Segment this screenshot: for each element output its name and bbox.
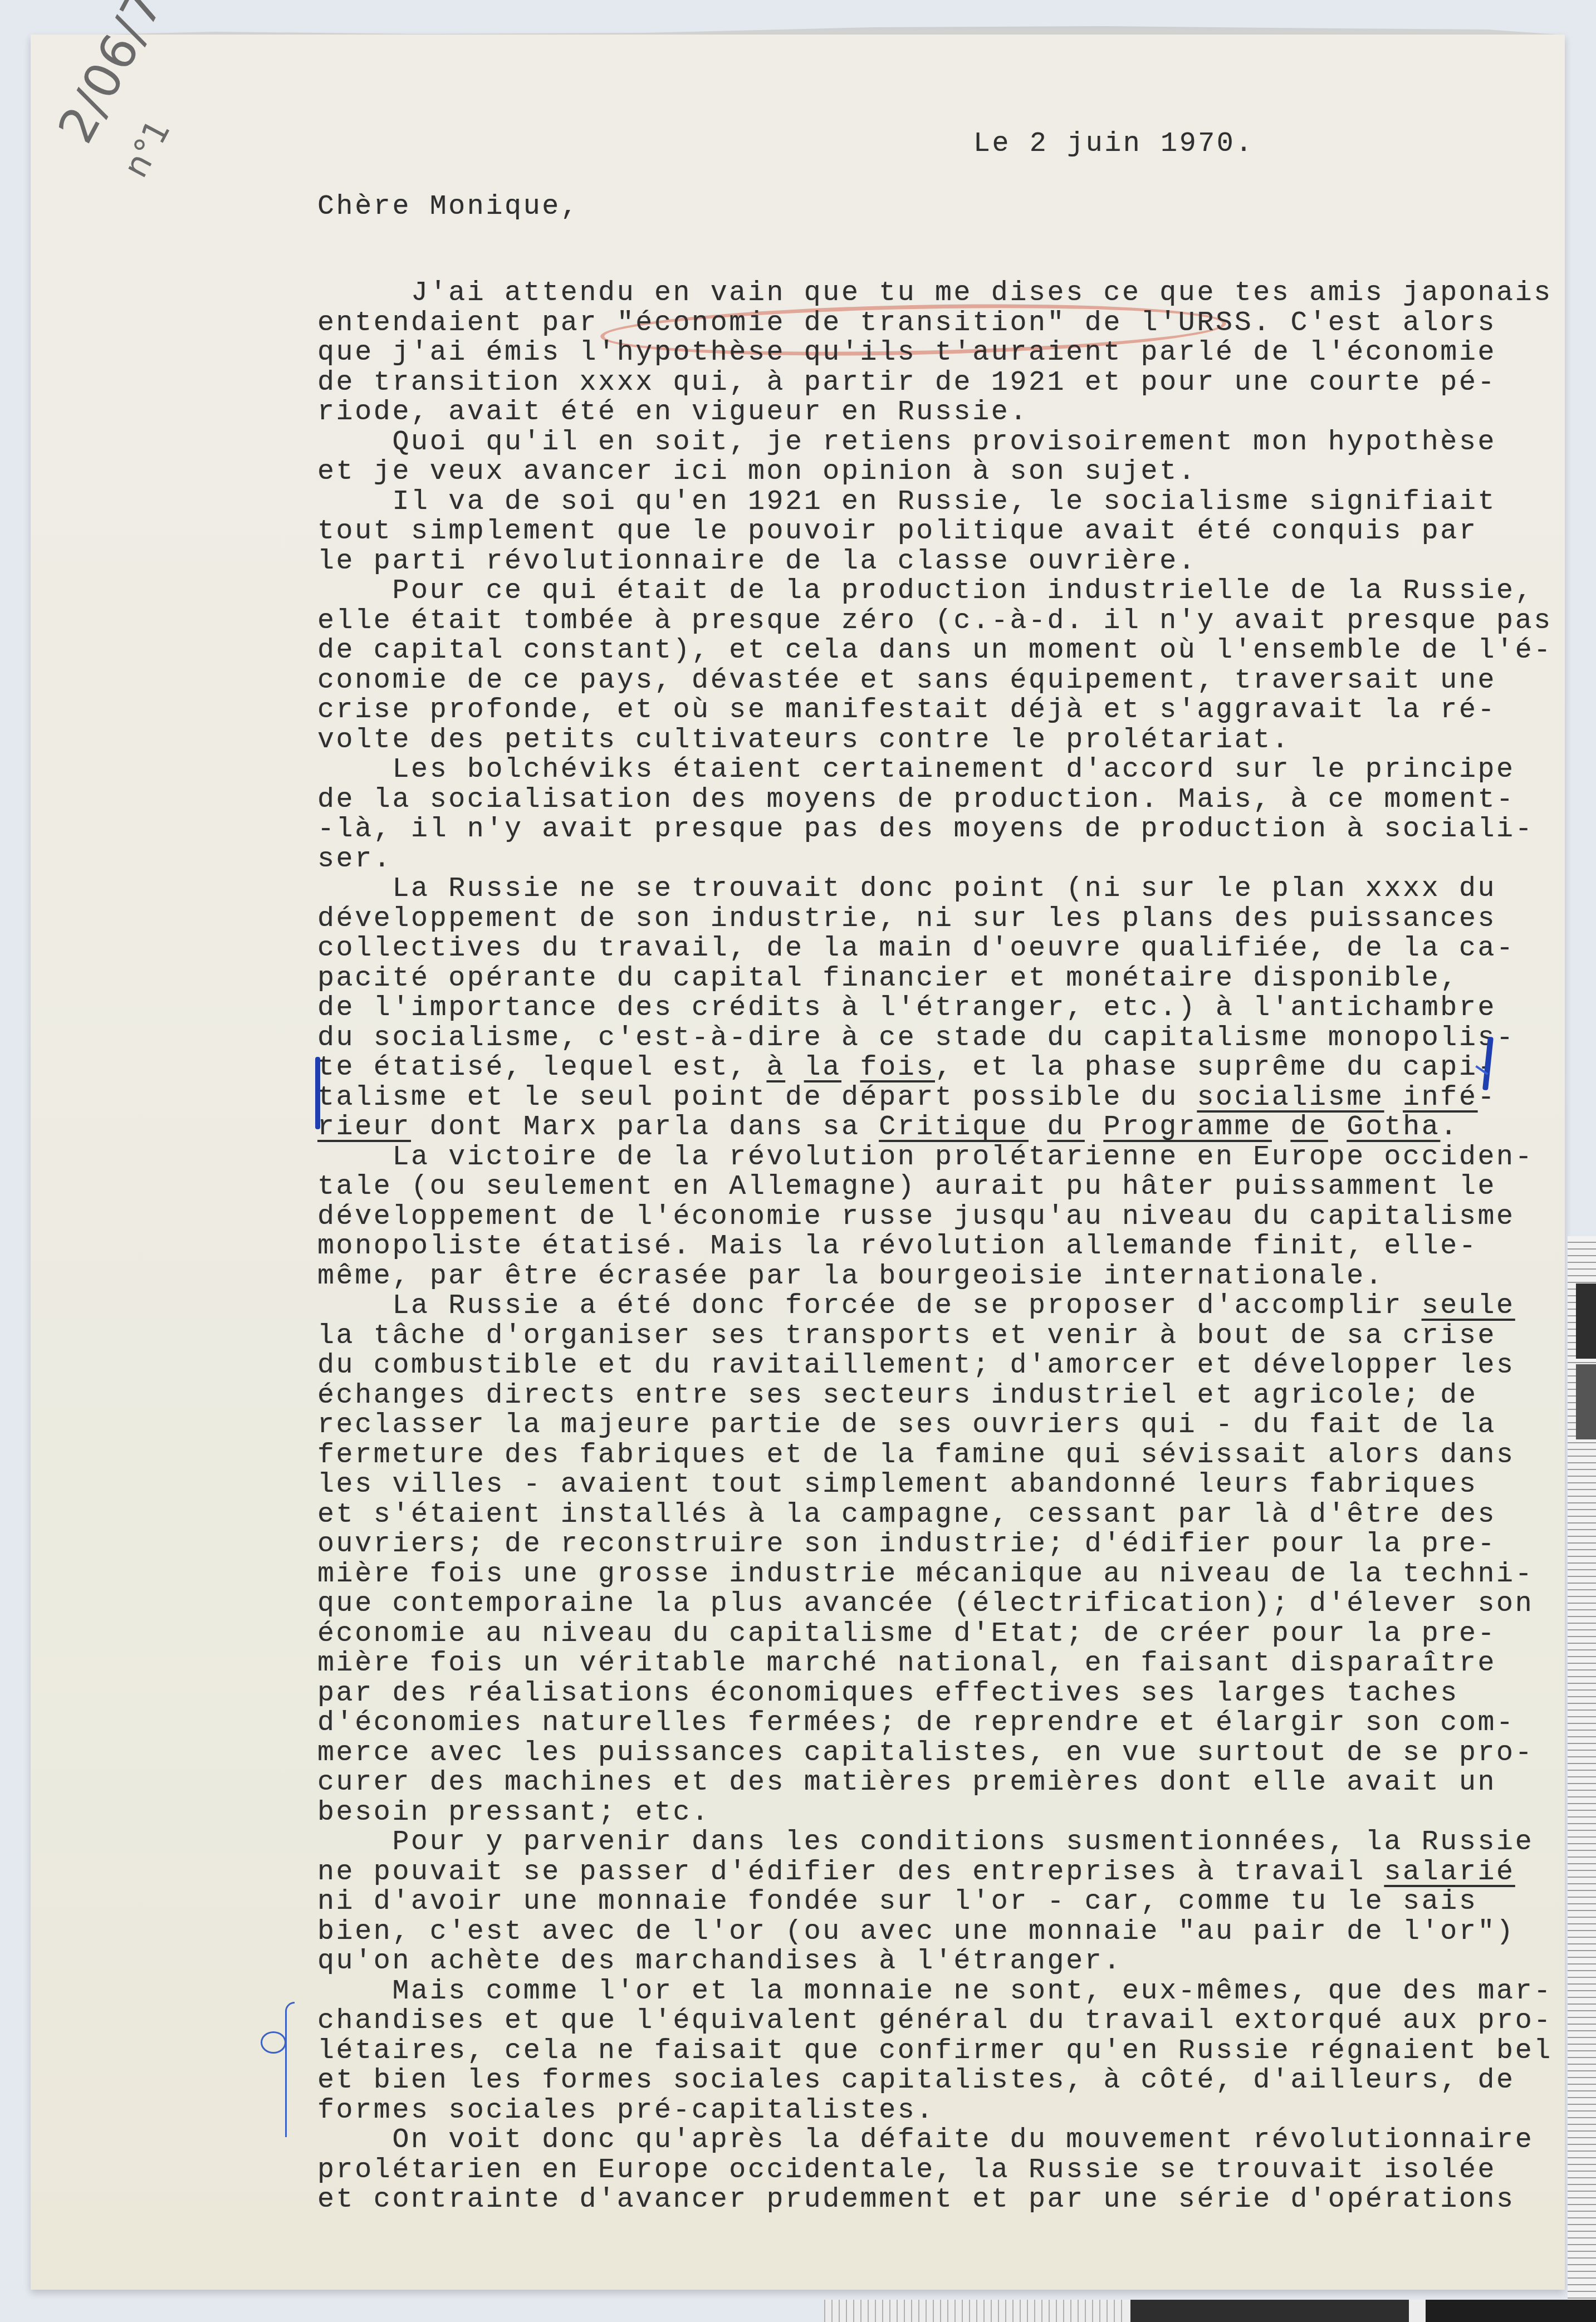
body-line: ni d'avoir une monnaie fondée sur l'or -…	[317, 1887, 1553, 1917]
body-line: et bien les formes sociales capitalistes…	[317, 2066, 1553, 2096]
body-line: la tâche d'organiser ses transports et v…	[317, 1321, 1553, 1351]
blue-margin-bar-left	[315, 1057, 320, 1129]
body-line: J'ai attendu en vain que tu me dises ce …	[317, 278, 1553, 308]
body-line: te étatisé, lequel est, à la fois, et la…	[317, 1053, 1553, 1083]
body-line: qu'on achète des marchandises à l'étrang…	[317, 1947, 1553, 1977]
body-line: rieur dont Marx parla dans sa Critique d…	[317, 1113, 1553, 1143]
gray-patch-dark	[1576, 1284, 1596, 1359]
body-line: monopoliste étatisé. Mais la révolution …	[317, 1232, 1553, 1262]
body-line: Mais comme l'or et la monnaie ne sont, e…	[317, 1977, 1553, 2007]
letter-body: J'ai attendu en vain que tu me dises ce …	[317, 278, 1553, 2215]
body-line: bien, c'est avec de l'or (ou avec une mo…	[317, 1917, 1553, 1947]
body-line: les villes - avaient tout simplement aba…	[317, 1470, 1553, 1500]
body-line: elle était tombée à presque zéro (c.-à-d…	[317, 606, 1553, 636]
body-line: entendaient par "économie de transition"…	[317, 308, 1553, 339]
body-line: du socialisme, c'est-à-dire à ce stade d…	[317, 1023, 1553, 1054]
body-line: reclasser la majeure partie de ses ouvri…	[317, 1410, 1553, 1441]
body-line: pacité opérante du capital financier et …	[317, 964, 1553, 994]
body-line: crise profonde, et où se manifestait déj…	[317, 695, 1553, 726]
body-line: mière fois un véritable marché national,…	[317, 1649, 1553, 1679]
body-line: ne pouvait se passer d'édifier des entre…	[317, 1858, 1553, 1888]
body-line: développement de son industrie, ni sur l…	[317, 904, 1553, 934]
body-line: collectives du travail, de la main d'oeu…	[317, 934, 1553, 964]
salutation: Chère Monique,	[317, 192, 579, 222]
body-line: que j'ai émis l'hypothèse qu'ils t'aurai…	[317, 338, 1553, 368]
body-line: fermeture des fabriques et de la famine …	[317, 1441, 1553, 1471]
body-line: conomie de ce pays, dévastée et sans équ…	[317, 666, 1553, 696]
body-line: Les bolchéviks étaient certainement d'ac…	[317, 755, 1553, 785]
body-line: d'économies naturelles fermées; de repre…	[317, 1708, 1553, 1738]
body-line: On voit donc qu'après la défaite du mouv…	[317, 2125, 1553, 2156]
body-line: formes sociales pré-capitalistes.	[317, 2096, 1553, 2126]
body-line: létaires, cela ne faisait que confirmer …	[317, 2036, 1553, 2066]
body-line: par des réalisations économiques effecti…	[317, 1679, 1553, 1709]
body-line: et je veux avancer ici mon opinion à son…	[317, 457, 1553, 487]
blue-tick-left	[261, 2031, 286, 2054]
body-line: que contemporaine la plus avancée (élect…	[317, 1589, 1553, 1619]
body-line: développement de l'économie russe jusqu'…	[317, 1202, 1553, 1232]
body-line: échanges directs entre ses secteurs indu…	[317, 1381, 1553, 1411]
body-line: La victoire de la révolution prolétarien…	[317, 1143, 1553, 1173]
body-line: curer des machines et des matières premi…	[317, 1768, 1553, 1798]
body-line: La Russie a été donc forcée de se propos…	[317, 1291, 1553, 1321]
body-line: -là, il n'y avait presque pas des moyens…	[317, 815, 1553, 845]
body-line: de capital constant), et cela dans un mo…	[317, 636, 1553, 666]
body-line: mière fois une grosse industrie mécaniqu…	[317, 1560, 1553, 1590]
body-line: prolétarien en Europe occidentale, la Ru…	[317, 2156, 1553, 2186]
body-line: Quoi qu'il en soit, je retiens provisoir…	[317, 428, 1553, 458]
body-line: et contrainte d'avancer prudemment et pa…	[317, 2185, 1553, 2215]
body-line: tale (ou seulement en Allemagne) aurait …	[317, 1172, 1553, 1202]
letter-date: Le 2 juin 1970.	[973, 129, 1254, 159]
body-line: Pour y parvenir dans les conditions susm…	[317, 1828, 1553, 1858]
blue-bracket-left	[285, 2002, 295, 2137]
body-line: volte des petits cultivateurs contre le …	[317, 726, 1553, 756]
body-line: besoin pressant; etc.	[317, 1798, 1553, 1828]
body-line: le parti révolutionnaire de la classe ou…	[317, 547, 1553, 577]
body-line: économie au niveau du capitalisme d'Etat…	[317, 1619, 1553, 1649]
body-line: même, par être écrasée par la bourgeoisi…	[317, 1262, 1553, 1292]
body-line: Il va de soi qu'en 1921 en Russie, le so…	[317, 487, 1553, 517]
body-line: talisme et le seul point de départ possi…	[317, 1083, 1553, 1113]
body-line: ouvriers; de reconstruire son industrie;…	[317, 1530, 1553, 1560]
body-line: de la socialisation des moyens de produc…	[317, 785, 1553, 815]
body-line: Pour ce qui était de la production indus…	[317, 576, 1553, 606]
gray-patch-bottom-1	[1130, 2300, 1409, 2322]
body-line: tout simplement que le pouvoir politique…	[317, 517, 1553, 547]
body-line: La Russie ne se trouvait donc point (ni …	[317, 874, 1553, 904]
body-line: de l'importance des crédits à l'étranger…	[317, 993, 1553, 1023]
gray-patch-bottom-2	[1426, 2300, 1596, 2322]
gray-patch-mid	[1576, 1364, 1596, 1439]
body-line: riode, avait été en vigueur en Russie.	[317, 398, 1553, 428]
body-line: de transition xxxx qui, à partir de 1921…	[317, 368, 1553, 398]
body-line: ser.	[317, 845, 1553, 875]
body-line: merce avec les puissances capitalistes, …	[317, 1738, 1553, 1769]
body-line: du combustible et du ravitaillement; d'a…	[317, 1351, 1553, 1381]
body-line: et s'étaient installés à la campagne, ce…	[317, 1500, 1553, 1530]
body-line: chandises et que l'équivalent général du…	[317, 2006, 1553, 2036]
